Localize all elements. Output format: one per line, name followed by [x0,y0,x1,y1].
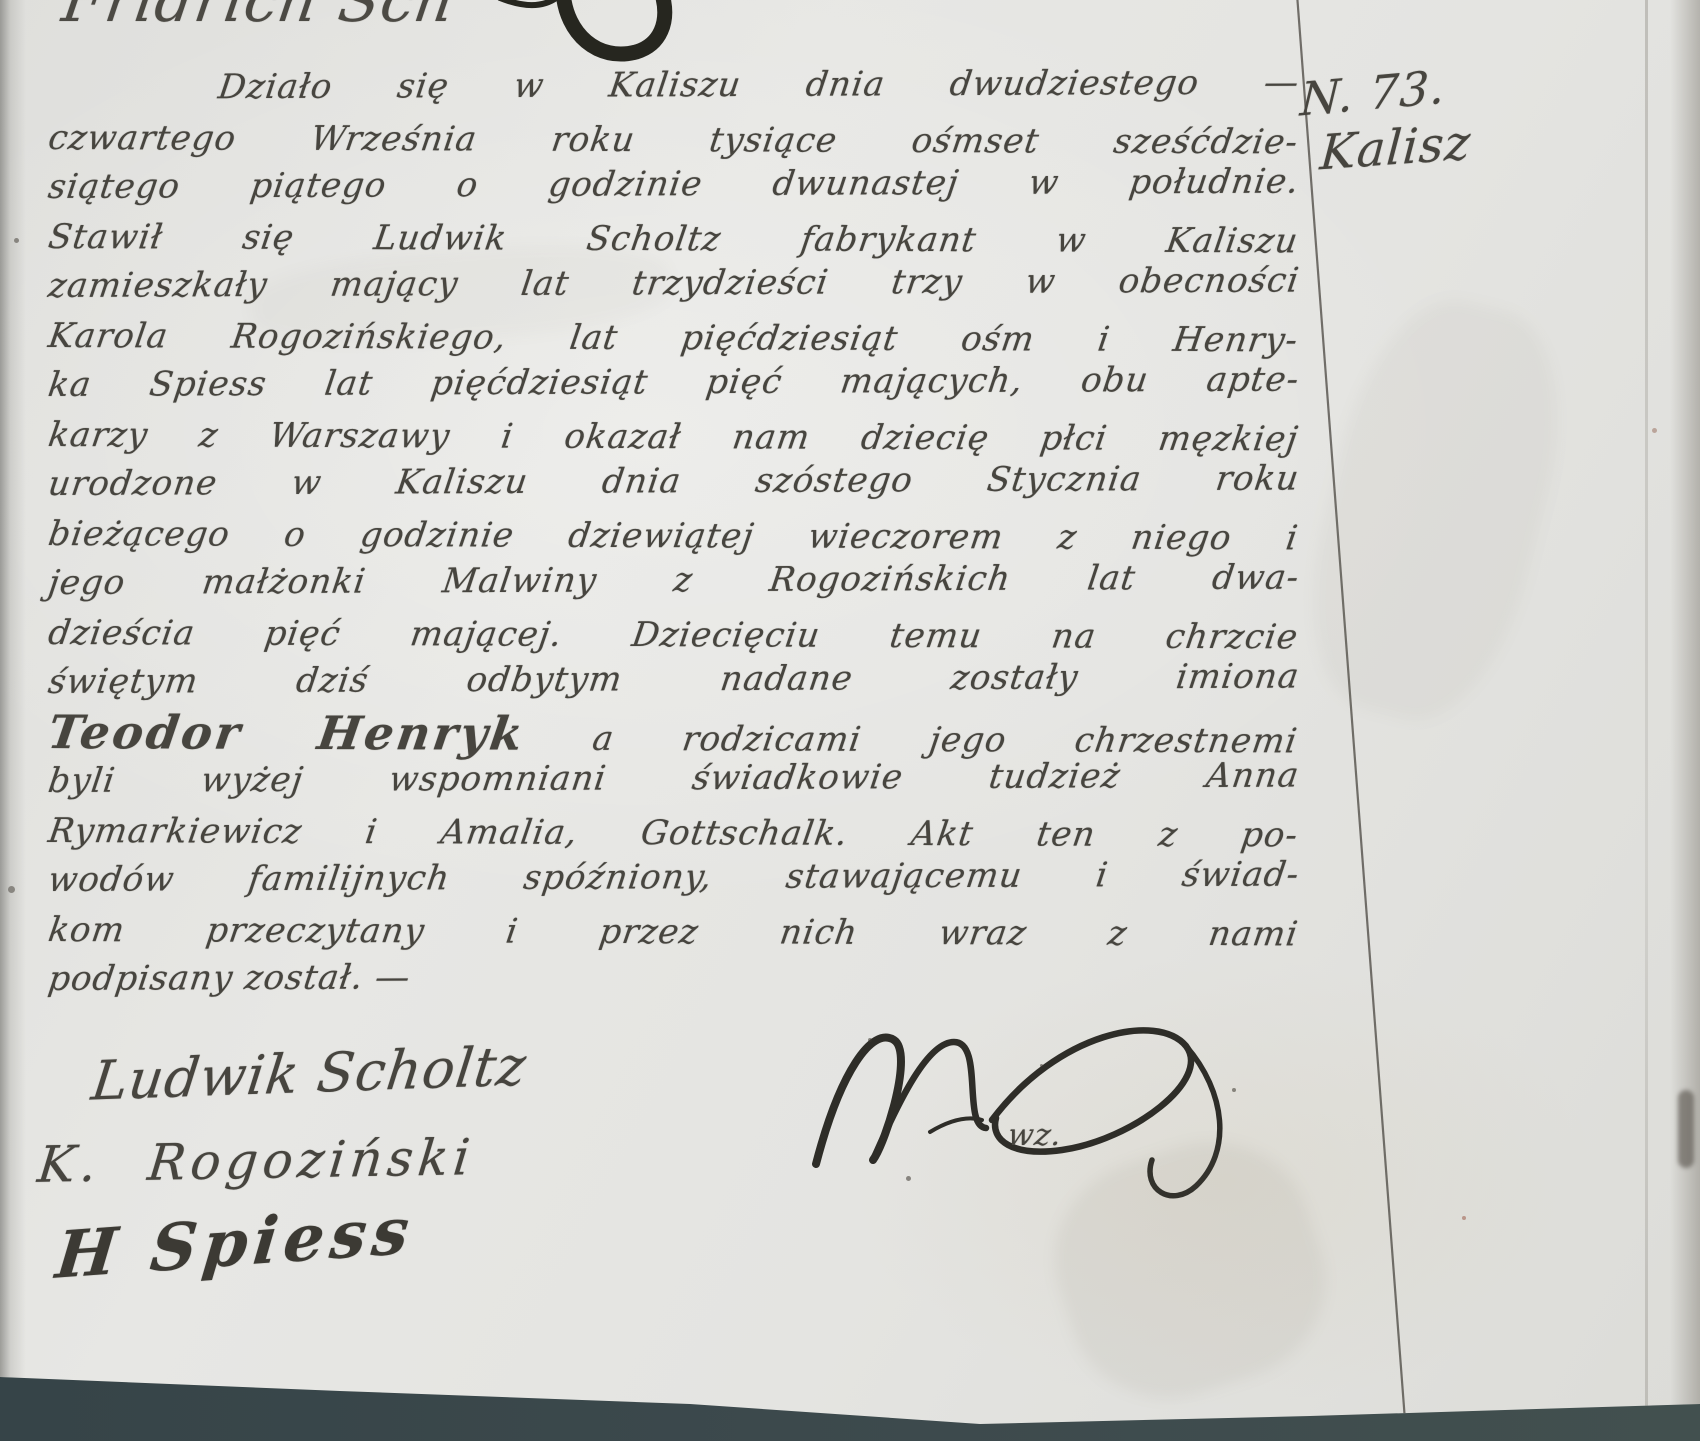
ink-speck [1232,1088,1236,1092]
official-signature-note: wz. [1006,1118,1065,1153]
rust-speck [1652,428,1657,433]
document-page: Fridrich Sch N. 73. Kalisz Działo się w … [0,0,1700,1441]
scan-background: Fridrich Sch N. 73. Kalisz Działo się w … [0,0,1700,1441]
page-edge-right [1670,0,1700,1441]
ink-speck [868,1038,872,1042]
official-signature-flourish [0,0,1700,1441]
ink-speck [1040,1064,1043,1067]
rust-speck [1462,1216,1466,1220]
ink-speck [906,1176,911,1181]
page-edge-left [0,0,26,1441]
binding-shadow [1678,1090,1694,1168]
page-fold-crease [1645,0,1648,1441]
